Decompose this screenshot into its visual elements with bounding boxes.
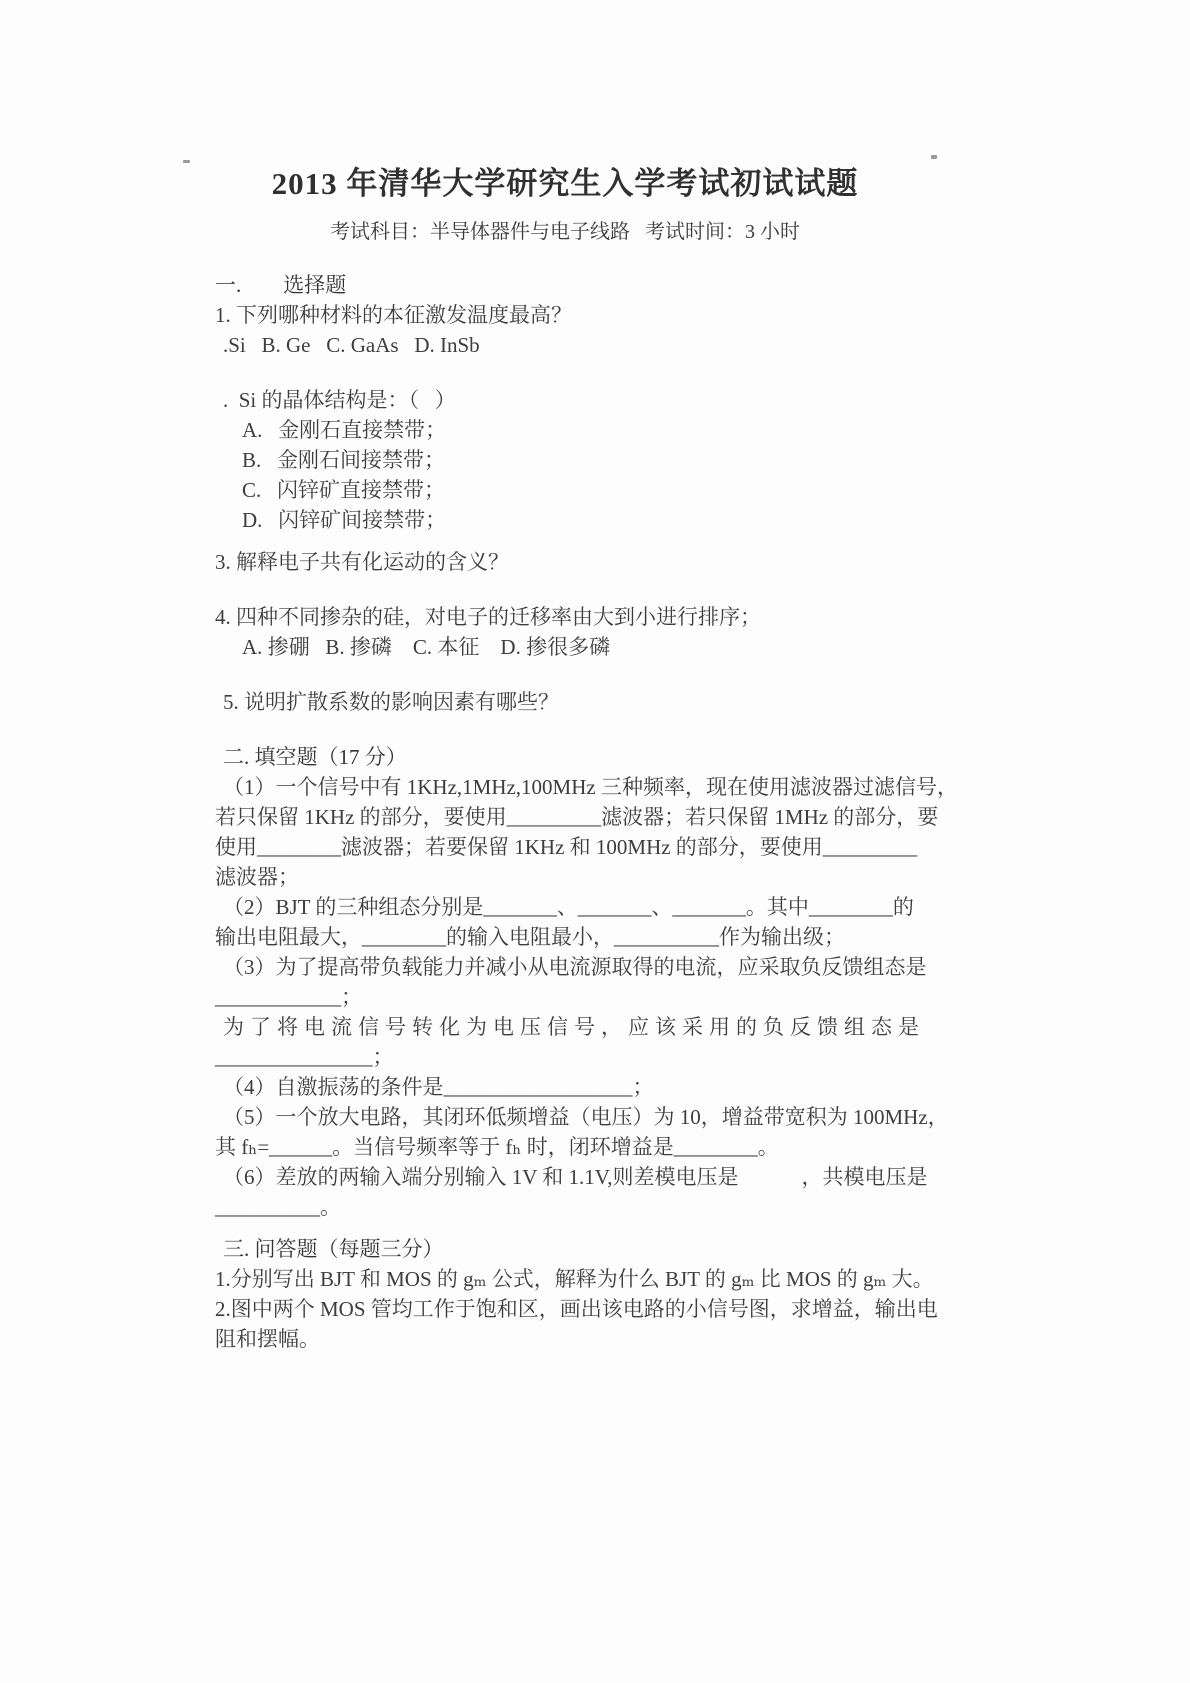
exam-content: 2013 年清华大学研究生入学考试初试试题 考试科目：半导体器件与电子线路 考试… [215,158,915,1354]
scan-speck-right [931,155,937,159]
text-line: 若只保留 1KHz 的部分，要使用_________滤波器；若只保留 1MHz … [215,802,915,832]
text-line: B. 金刚石间接禁带； [215,445,915,475]
text-line [215,360,915,385]
text-line: 其 fₕ=______。当信号频率等于 fₕ 时，闭环增益是________。 [215,1132,915,1162]
text-line: 输出电阻最大，________的输入电阻最小，__________作为输出级； [215,922,915,952]
text-line [215,535,915,547]
text-line: 二. 填空题（17 分） [215,742,915,772]
text-line: 4. 四种不同掺杂的硅，对电子的迁移率由大到小进行排序； [215,602,915,632]
text-line: 滤波器； [215,862,915,892]
text-line [215,577,915,602]
text-line: （4）自激振荡的条件是__________________； [215,1072,915,1102]
exam-title: 2013 年清华大学研究生入学考试初试试题 [215,158,915,203]
text-line: 一. 选择题 [215,270,915,300]
text-line: 3. 解释电子共有化运动的含义？ [215,547,915,577]
scan-speck-left [183,160,190,163]
text-line: 三. 问答题（每题三分） [215,1234,915,1264]
text-line: _______________； [215,1042,915,1072]
text-line: C. 闪锌矿直接禁带； [215,475,915,505]
text-line [215,717,915,742]
text-line: （3）为了提高带负载能力并减小从电流源取得的电流，应采取负反馈组态是 [215,952,915,982]
text-line: A. 掺硼 B. 掺磷 C. 本征 D. 掺很多磷 [215,632,915,662]
text-line: A. 金刚石直接禁带； [215,415,915,445]
text-line [215,1222,915,1234]
text-line: 阻和摆幅。 [215,1324,915,1354]
text-line: 1. 下列哪种材料的本征激发温度最高？ [215,300,915,330]
text-line: 为了将电流信号转化为电压信号，应该采用的负反馈组态是 [215,1012,915,1042]
text-line: .Si B. Ge C. GaAs D. InSb [215,330,915,360]
exam-subtitle: 考试科目：半导体器件与电子线路 考试时间：3 小时 [215,215,915,244]
scanned-exam-page: 2013 年清华大学研究生入学考试初试试题 考试科目：半导体器件与电子线路 考试… [0,0,1190,1683]
text-line: （1）一个信号中有 1KHz,1MHz,100MHz 三种频率，现在使用滤波器过… [215,772,915,802]
text-line: （6）差放的两输入端分别输入 1V 和 1.1V,则差模电压是 ，共模电压是 [215,1162,915,1192]
text-line: 使用________滤波器；若要保留 1KHz 和 100MHz 的部分，要使用… [215,832,915,862]
text-line: . Si 的晶体结构是：（ ） [215,385,915,415]
text-line: __________。 [215,1192,915,1222]
exam-body: 一. 选择题1. 下列哪种材料的本征激发温度最高？.Si B. Ge C. Ga… [215,270,915,1354]
text-line: （5）一个放大电路，其闭环低频增益（电压）为 10，增益带宽积为 100MHz， [215,1102,915,1132]
text-line: 1.分别写出 BJT 和 MOS 的 gₘ 公式，解释为什么 BJT 的 gₘ … [215,1264,915,1294]
text-line [215,662,915,687]
text-line: D. 闪锌矿间接禁带； [215,505,915,535]
text-line: （2）BJT 的三种组态分别是_______、_______、_______。其… [215,892,915,922]
text-line: 5. 说明扩散系数的影响因素有哪些？ [215,687,915,717]
text-line: 2.图中两个 MOS 管均工作于饱和区，画出该电路的小信号图，求增益，输出电 [215,1294,915,1324]
text-line: ____________； [215,982,915,1012]
